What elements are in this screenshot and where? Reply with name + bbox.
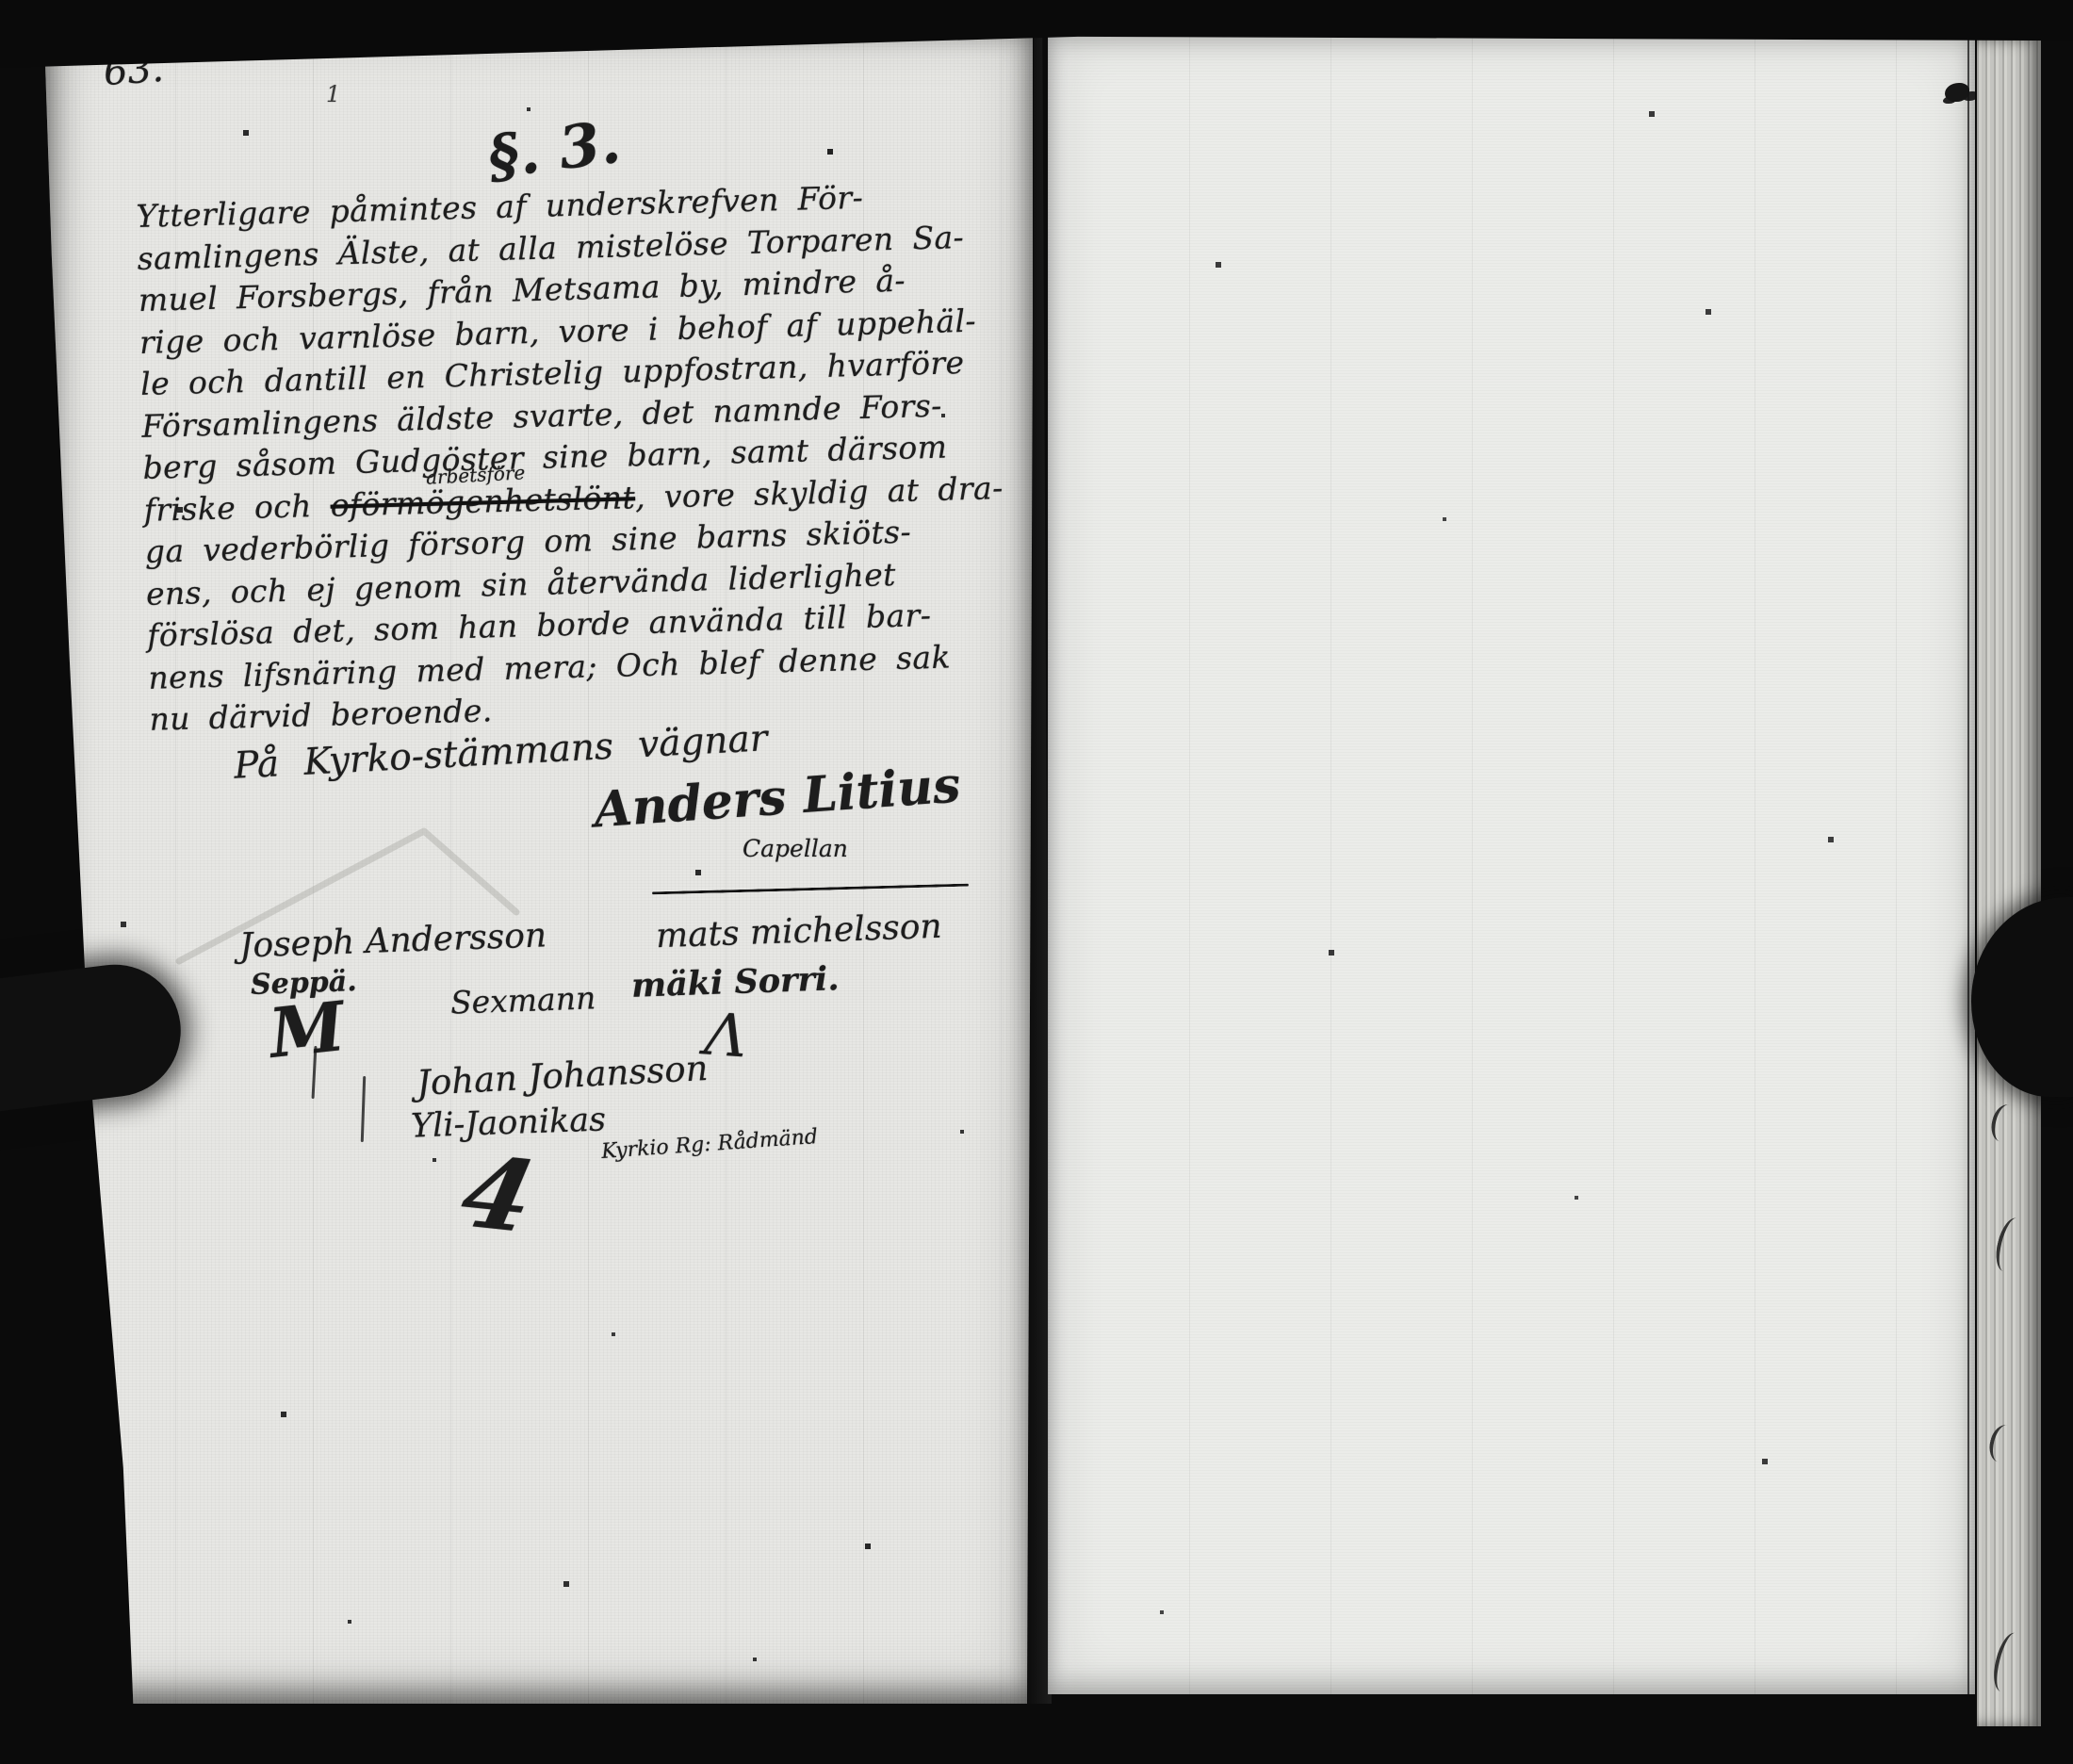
edge-ink-squiggle	[1986, 1422, 2019, 1464]
edge-ink-squiggle	[1988, 1102, 2021, 1144]
edge-ink-squiggle	[1989, 1630, 2028, 1694]
witness-home-farm: mäki Sorri.	[630, 959, 840, 1005]
ink-blot	[1945, 83, 1969, 102]
witness-house-mark: M	[266, 986, 349, 1073]
section-heading: §. 3.	[484, 107, 624, 192]
witness-signature: Johan Johansson	[416, 1048, 709, 1103]
minutes-paragraph: Ytterligare påmintes af underskrefven Fö…	[136, 173, 1009, 741]
archival-scan: 63. 1 §. 3. Ytterligare påmintes af unde…	[0, 0, 2073, 1764]
witness-role: Kyrkio Rg: Rådmänd	[600, 1125, 818, 1164]
page-edge-line	[1967, 28, 1969, 1694]
right-page-blank	[1048, 28, 1975, 1694]
chaplain-title: Capellan	[743, 835, 848, 862]
edge-ink-squiggle	[1991, 1216, 2028, 1275]
margin-mark: 1	[326, 81, 340, 107]
body-text: , vore skyldig at dra-	[635, 469, 1004, 515]
chaplain-signature: Anders Litius	[592, 756, 962, 839]
left-page: 63. 1 §. 3. Ytterligare påmintes af unde…	[38, 19, 1033, 1704]
page-stack-edge	[1977, 40, 2041, 1726]
witness-signature: Joseph Andersson	[238, 916, 547, 965]
stray-ink-stroke	[361, 1076, 366, 1142]
witness-house-mark: Λ	[703, 1000, 750, 1071]
signature-flourish-rule	[652, 884, 969, 895]
witness-role: Sexmann	[449, 979, 596, 1021]
witness-signature: mats michelsson	[655, 907, 942, 956]
witness-house-mark: 4	[451, 1134, 544, 1255]
body-text: friske och	[143, 486, 331, 528]
